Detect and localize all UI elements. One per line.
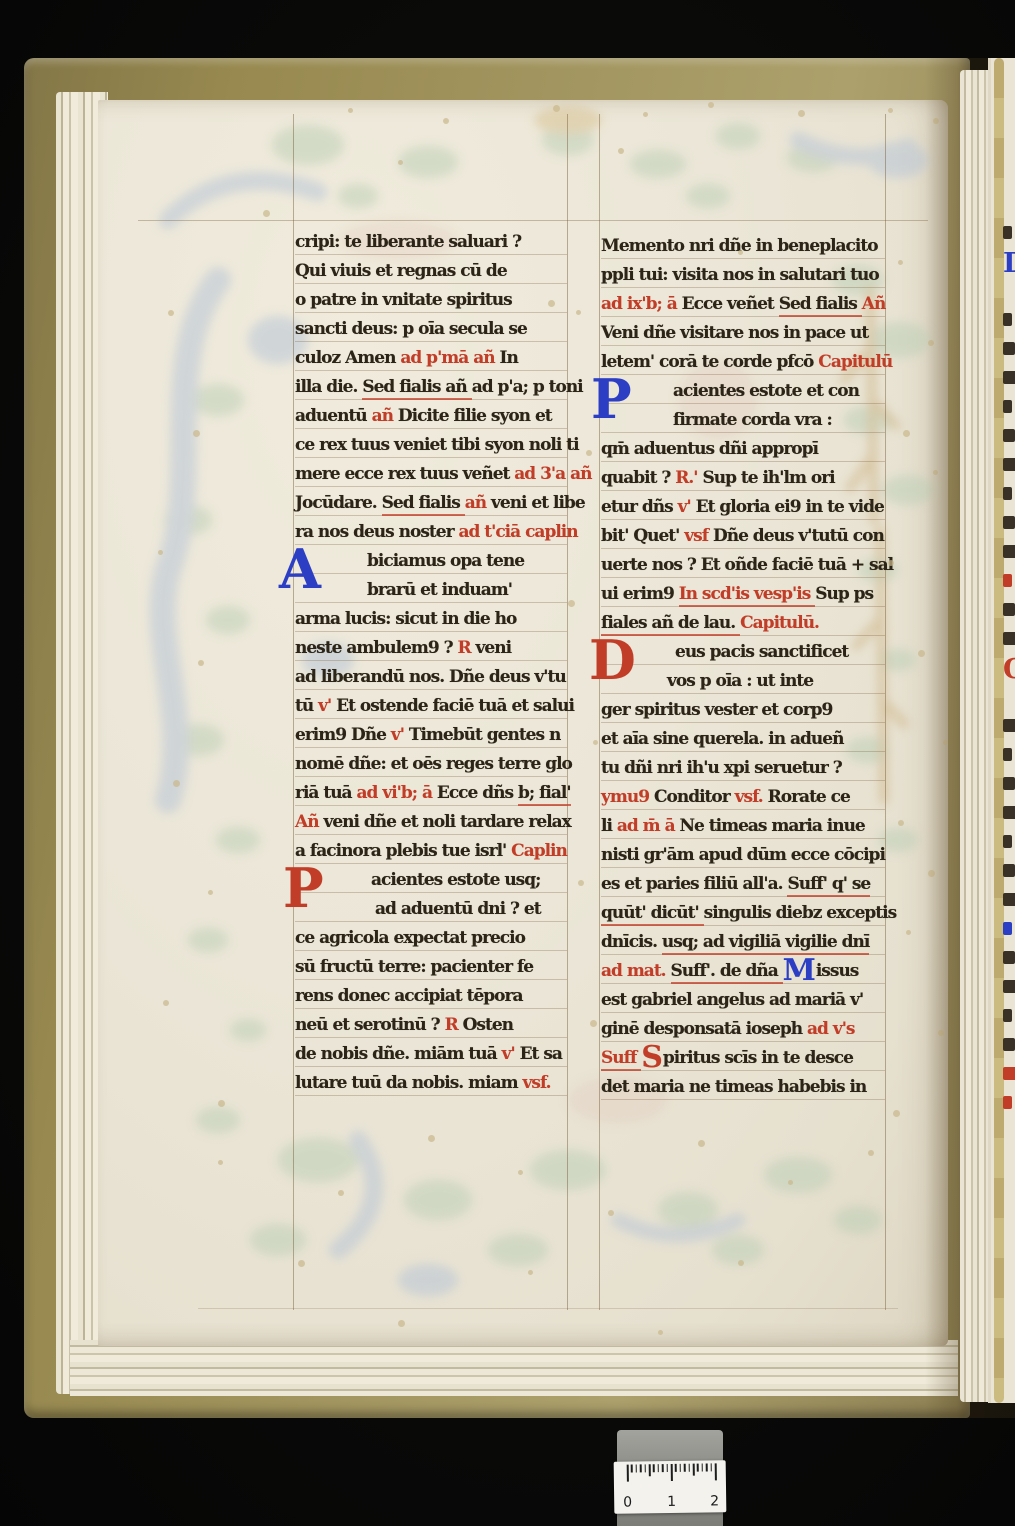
text-run: veni et libe (491, 493, 585, 513)
stain-dot (348, 108, 353, 113)
text-run: vos p oīa : ut inte (667, 671, 813, 691)
ruler-label-0: 0 (623, 1495, 632, 1511)
text-run: añ (372, 406, 398, 426)
text-run: ger spiritus vester et corp9 (601, 700, 832, 720)
text-run: Sed fialis (779, 294, 862, 317)
text-run: et aīa sine querela. in adueñ (601, 729, 843, 749)
ruler-tick (715, 1463, 717, 1480)
text-run: letem' corā te corde pfcō (601, 352, 818, 372)
text-run: veni (476, 638, 512, 658)
stain-dot (738, 250, 743, 255)
stain-dot (528, 1270, 533, 1275)
text-run: sū fructū terre: pacienter fe (295, 957, 533, 977)
text-run: neū et serotinū ? (295, 1015, 445, 1035)
text-run: ad ix'b; ā (601, 294, 682, 314)
text-run: Capitulū (818, 352, 892, 372)
sliver-text-fragment (1003, 628, 1015, 652)
text-run: ad m̄ ā (617, 816, 680, 836)
text-line: fiales añ de lau. Capitulū. (601, 608, 885, 637)
sliver-text-fragment (1003, 222, 1015, 246)
inline-initial: S (641, 1040, 663, 1075)
text-run: nisti gr'ām apud dūm ecce cōcipi (601, 845, 885, 865)
ruler-tick (701, 1464, 703, 1472)
text-line: letem' corā te corde pfcō Capitulū (601, 347, 885, 376)
sliver-text-fragment (1003, 599, 1015, 623)
frame-rule-left-column-left (293, 114, 294, 1310)
text-run: v' (318, 696, 336, 716)
text-line: es et paries filiū all'a. Suff' q' se (601, 869, 885, 898)
text-line: tu dñi nri ih'u xpi seruetur ? (601, 753, 885, 782)
text-run: li (601, 816, 617, 836)
sliver-text-fragment (1003, 715, 1015, 739)
text-line: Deus pacis sanctificet (601, 637, 885, 666)
stain-dot (893, 1110, 900, 1117)
stain-dot (576, 310, 581, 315)
text-line: uerte nos ? Et oñde faciē tuā + sal (601, 550, 885, 579)
text-run: a facinora plebis tue isrl' (295, 841, 511, 861)
text-line: a facinora plebis tue isrl' Caplin (295, 836, 567, 865)
sliver-text-fragment (1003, 1005, 1015, 1029)
text-line: ad liberandū nos. Dñe deus v'tu (295, 662, 567, 691)
text-run: Dñe deus v'tutū con (713, 526, 884, 546)
sliver-text-fragment (1003, 744, 1015, 768)
stain-dot (443, 118, 449, 124)
stain-dot (398, 160, 403, 165)
text-line: li ad m̄ ā Ne timeas maria inue (601, 811, 885, 840)
stain-dot (898, 260, 903, 265)
stain-dot (906, 930, 911, 935)
stain-dot (168, 310, 174, 316)
ruler-tick (653, 1464, 655, 1472)
text-line: dnīcis. usq; ad vigiliā vigilie dnī (601, 927, 885, 956)
text-line: qm̄ aduentus dñi appropī (601, 434, 885, 463)
sliver-text-fragment (1003, 309, 1015, 333)
text-run: lutare tuū da nobis. miam (295, 1073, 523, 1093)
ruler-tick (675, 1464, 677, 1472)
text-run: quabit ? (601, 468, 675, 488)
text-run: eus pacis sanctificet (675, 642, 848, 662)
sliver-text-fragment (1003, 396, 1015, 420)
text-run: Ecce dñs (437, 783, 518, 803)
stain-dot (643, 112, 648, 117)
text-run: riā tuā (295, 783, 357, 803)
text-line: illa die. Sed fialis añ ad p'a; p toni (295, 372, 567, 401)
text-line: cripi: te liberante saluari ? (295, 227, 567, 256)
text-run: uerte nos ? Et oñde faciē tuā + sal (601, 555, 893, 575)
ruler-tick (697, 1464, 699, 1472)
text-line: Añ veni dñe et noli tardare relax (295, 807, 567, 836)
sliver-text-fragment (1003, 976, 1015, 1000)
stain-dot (608, 1210, 614, 1216)
text-line: Pacientes estote et con (601, 376, 885, 405)
text-line: det maria ne timeas habebis in (601, 1072, 885, 1101)
text-run: v' (391, 725, 409, 745)
text-line: nisti gr'ām apud dūm ecce cōcipi (601, 840, 885, 869)
stain-dot (593, 740, 598, 745)
ruler-tick (666, 1464, 668, 1472)
text-run: ad p'mā añ (400, 348, 499, 368)
sliver-text-fragment (1003, 773, 1015, 797)
text-run: est gabriel angelus ad mariā v' (601, 990, 863, 1010)
text-run: Capitulū. (740, 613, 819, 633)
text-line: Pacientes estote usq; (295, 865, 567, 894)
stain-dot (888, 560, 894, 566)
text-run: ad 3'a añ (514, 464, 591, 484)
text-run: tū (295, 696, 318, 716)
text-line: vos p oīa : ut inte (601, 666, 885, 695)
text-line: firmate corda vra : (601, 405, 885, 434)
text-line: ymu9 Conditor vsf. Rorate ce (601, 782, 885, 811)
stain-dot (218, 1160, 223, 1165)
stain-dot (868, 1150, 874, 1156)
ruler-tick (635, 1464, 637, 1472)
frame-rule-right-column-left (599, 114, 600, 1310)
text-run: qm̄ aduentus dñi appropī (601, 439, 818, 459)
text-run: Suff' q' se (787, 874, 870, 897)
stain-dot (398, 1320, 405, 1327)
text-line: ce agricola expectat precio (295, 923, 567, 952)
stain-dot (298, 1260, 305, 1267)
stain-dot (738, 1260, 744, 1266)
text-run: añ (465, 493, 491, 513)
sliver-text-fragment: D (1003, 251, 1015, 275)
stain-dot (658, 1330, 663, 1335)
stain-dot (193, 430, 200, 437)
text-run: Añ (295, 812, 323, 832)
text-run: Timebūt gentes n (409, 725, 561, 745)
sliver-text-fragment (1003, 570, 1015, 594)
text-line: arma lucis: sicut in die ho (295, 604, 567, 633)
stain-dot (618, 148, 624, 154)
text-column-left: cripi: te liberante saluari ?Qui viuis e… (295, 227, 567, 1099)
next-page-sliver: DO (988, 58, 1015, 1403)
text-run: Ecce veñet (682, 294, 779, 314)
text-run: Osten (463, 1015, 513, 1035)
sliver-text-fragment (1003, 338, 1015, 362)
stain-dot (218, 1100, 225, 1107)
text-line: mere ecce rex tuus veñet ad 3'a añ (295, 459, 567, 488)
text-line: Memento nri dñe in beneplacito (601, 231, 885, 260)
text-line: culoz Amen ad p'mā añ In (295, 343, 567, 372)
text-run: Sup te ih'lm ori (702, 468, 834, 488)
text-line: erim9 Dñe v' Timebūt gentes n (295, 720, 567, 749)
text-run: Sed fialis (382, 493, 465, 516)
text-run: b; fial' (518, 783, 571, 806)
text-run: Conditor (654, 787, 735, 807)
text-run: ymu9 (601, 787, 654, 807)
text-run: Caplin (511, 841, 567, 861)
text-run: Jocūdare. (295, 493, 382, 513)
text-line: nomē dñe: et oēs reges terre glo (295, 749, 567, 778)
stain-dot (898, 820, 904, 826)
text-run: Et ostende faciē tuā et salui (336, 696, 574, 716)
text-run: piritus scīs in te desce (663, 1048, 853, 1068)
manuscript-page-verso: cripi: te liberante saluari ?Qui viuis e… (98, 100, 948, 1346)
text-run: sancti deus: p oīa secula se (295, 319, 527, 339)
ruler-tick (627, 1465, 629, 1482)
ruler-tick (662, 1464, 664, 1472)
stain-dot (888, 108, 893, 113)
text-run: ce agricola expectat precio (295, 928, 525, 948)
inline-initial: M (783, 953, 816, 988)
text-run: ad p'a; p toni (472, 377, 583, 397)
stain-dot (518, 1170, 523, 1175)
sliver-text-fragment (1003, 1034, 1015, 1058)
stain-dot (708, 102, 714, 108)
text-line: rens donec accipiat tēpora (295, 981, 567, 1010)
text-run: veni dñe et noli tardare relax (323, 812, 570, 832)
text-line: bit' Quet' vsf Dñe deus v'tutū con (601, 521, 885, 550)
text-run: arma lucis: sicut in die ho (295, 609, 516, 629)
stain-dot (798, 110, 805, 117)
sliver-text-fragment (1003, 947, 1015, 971)
sliver-text-fragment (1003, 367, 1015, 391)
text-run: vsf. (735, 787, 768, 807)
text-line: etur dñs v' Et gloria ei9 in te vide (601, 492, 885, 521)
text-run: In scd'is vesp'is (679, 584, 816, 607)
ruler-tick (644, 1464, 646, 1472)
text-run: de nobis dñe. miām tuā (295, 1044, 502, 1064)
text-run: tu dñi nri ih'u xpi seruetur ? (601, 758, 842, 778)
text-line: Jocūdare. Sed fialis añ veni et libe (295, 488, 567, 517)
text-run: brarū et induam' (367, 580, 512, 600)
text-line: aduentū añ Dicite filie syon et (295, 401, 567, 430)
sliver-text-fragment (1003, 686, 1015, 710)
next-pages-edge (960, 70, 990, 1402)
text-run: etur dñs (601, 497, 678, 517)
text-line: Suff Spiritus scīs in te desce (601, 1043, 885, 1072)
text-line: lutare tuū da nobis. miam vsf. (295, 1068, 567, 1097)
text-run: vsf. (523, 1073, 551, 1093)
text-line: neū et serotinū ? R Osten (295, 1010, 567, 1039)
text-line: Veni dñe visitare nos in pace ut (601, 318, 885, 347)
text-run: In (500, 348, 518, 368)
stain-dot (548, 300, 555, 307)
sliver-text-fragment (1003, 1092, 1015, 1116)
text-run: ad aduentū dni ? et (375, 899, 541, 919)
text-line: Qui viuis et regnas cū de (295, 256, 567, 285)
text-run: ad mat. (601, 961, 671, 981)
text-line: ger spiritus vester et corp9 (601, 695, 885, 724)
stain-dot (198, 660, 204, 666)
stain-dot (918, 650, 925, 657)
text-run: singulis diebz exceptis (704, 903, 897, 923)
scale-ruler: 0 1 2 (614, 1460, 727, 1514)
sliver-text-fragment (1003, 1063, 1015, 1087)
text-run: Et sa (520, 1044, 562, 1064)
ruler-tick (640, 1464, 642, 1472)
text-line: est gabriel angelus ad mariā v' (601, 985, 885, 1014)
ruler-tick (657, 1464, 659, 1472)
text-line: quūt' dicūt' singulis diebz exceptis (601, 898, 885, 927)
text-line: riā tuā ad vi'b; ā Ecce dñs b; fial' (295, 778, 567, 807)
text-run: v' (502, 1044, 520, 1064)
text-run: ppli tui: visita nos in salutari tuo (601, 265, 879, 285)
sliver-text-fragment (1003, 454, 1015, 478)
stain-dot (208, 890, 213, 895)
text-run: illa die. (295, 377, 362, 397)
ruler-tick (679, 1464, 681, 1472)
text-line: ad ix'b; ā Ecce veñet Sed fialis Añ (601, 289, 885, 318)
text-line: sū fructū terre: pacienter fe (295, 952, 567, 981)
text-run: o patre in vnitate spiritus (295, 290, 512, 310)
text-run: cripi: te liberante saluari ? (295, 232, 521, 252)
manuscript-photo: cripi: te liberante saluari ?Qui viuis e… (0, 0, 1015, 1526)
sliver-text-fragment (1003, 860, 1015, 884)
ruler-label-1: 1 (667, 1494, 676, 1510)
text-run: Qui viuis et regnas cū de (295, 261, 507, 281)
sliver-text-fragment (1003, 541, 1015, 565)
text-run: ad v's (807, 1019, 854, 1039)
text-run: R (445, 1015, 463, 1035)
sliver-text-fragment (1003, 918, 1015, 942)
sliver-text-fragment (1003, 280, 1015, 304)
text-column-right: Memento nri dñe in beneplacitoppli tui: … (601, 231, 885, 1103)
stain-dot (553, 105, 560, 112)
text-run: biciamus opa tene (367, 551, 524, 571)
ruler-tick (684, 1464, 686, 1472)
text-line: brarū et induam' (295, 575, 567, 604)
text-run: ginē desponsatā ioseph (601, 1019, 807, 1039)
text-run: acientes estote usq; (371, 870, 540, 890)
text-run: Ne timeas maria inue (680, 816, 865, 836)
frame-rule-bottom (198, 1308, 898, 1309)
text-line: ui erim9 In scd'is vesp'is Sup ps (601, 579, 885, 608)
frame-rule-top (138, 220, 928, 221)
text-run: es et paries filiū all'a. (601, 874, 787, 894)
sliver-text-fragment (1003, 802, 1015, 826)
sliver-text-fragment (1003, 425, 1015, 449)
sliver-text-fragment (1003, 512, 1015, 536)
text-run: rens donec accipiat tēpora (295, 986, 522, 1006)
text-run: Sup ps (815, 584, 873, 604)
text-run: mere ecce rex tuus veñet (295, 464, 514, 484)
text-run: ui erim9 (601, 584, 679, 604)
text-run: Et gloria ei9 in te vide (696, 497, 884, 517)
text-run: Sed fialis añ (362, 377, 471, 400)
ruler-tick (631, 1465, 633, 1473)
text-run: firmate corda vra : (673, 410, 832, 430)
text-run: culoz Amen (295, 348, 400, 368)
text-run: vsf (684, 526, 713, 546)
text-run: R.' (675, 468, 702, 488)
text-run: Suff'. de dña (671, 961, 783, 984)
text-line: Abiciamus opa tene (295, 546, 567, 575)
text-line: sancti deus: p oīa secula se (295, 314, 567, 343)
text-line: ad mat. Suff'. de dña Missus (601, 956, 885, 985)
ruler-tick (688, 1464, 690, 1472)
text-run: ad liberandū nos. Dñe deus v'tu (295, 667, 566, 687)
text-run: Dicite filie syon et (398, 406, 552, 426)
text-run: ad t'ciā caplin (458, 522, 577, 542)
text-line: tū v' Et ostende faciē tuā et salui (295, 691, 567, 720)
stain-dot (698, 1140, 705, 1147)
sliver-text-fragment: O (1003, 657, 1015, 681)
stain-dot (263, 210, 270, 217)
text-run: erim9 Dñe (295, 725, 391, 745)
text-run: quūt' dicūt' (601, 903, 704, 926)
text-run: issus (816, 961, 859, 981)
stain-dot (163, 1000, 169, 1006)
text-run: R (457, 638, 475, 658)
text-line: ppli tui: visita nos in salutari tuo (601, 260, 885, 289)
text-run: ad vi'b; ā (357, 783, 437, 803)
stain-dot (568, 600, 575, 607)
sliver-text-fragment (1003, 483, 1015, 507)
text-run: bit' Quet' (601, 526, 684, 546)
sliver-text-fragment (1003, 831, 1015, 855)
text-run: acientes estote et con (673, 381, 859, 401)
page-stack-bottom-edge (70, 1340, 958, 1396)
text-run: Veni dñe visitare nos in pace ut (601, 323, 868, 343)
text-run: Añ (862, 294, 886, 314)
ruler-tick (671, 1464, 673, 1481)
stain-dot (903, 430, 910, 437)
stain-dot (173, 780, 180, 787)
ruler-tick (693, 1464, 695, 1476)
ruler-tick (710, 1463, 712, 1471)
text-run: Rorate ce (768, 787, 850, 807)
text-run: aduentū (295, 406, 372, 426)
text-run: neste ambulem9 ? (295, 638, 457, 658)
text-line: quabit ? R.' Sup te ih'lm ori (601, 463, 885, 492)
text-run: nomē dñe: et oēs reges terre glo (295, 754, 572, 774)
stain-dot (590, 1020, 597, 1027)
text-run: dnīcis. (601, 932, 662, 952)
text-line: o patre in vnitate spiritus (295, 285, 567, 314)
text-line: ra nos deus noster ad t'ciā caplin (295, 517, 567, 546)
stain-dot (158, 550, 163, 555)
text-run: usq; ad vigiliā vigilie dnī (662, 932, 869, 955)
ruler-tick (706, 1463, 708, 1471)
text-line: neste ambulem9 ? R veni (295, 633, 567, 662)
ruler-label-2: 2 (710, 1493, 719, 1509)
stain-dot (788, 1180, 793, 1185)
text-line: ginē desponsatā ioseph ad v's (601, 1014, 885, 1043)
text-line: de nobis dñe. miām tuā v' Et sa (295, 1039, 567, 1068)
stain-dot (586, 450, 592, 456)
text-run: ce rex tuus veniet tibi syon noli ti (295, 435, 579, 455)
text-line: ce rex tuus veniet tibi syon noli ti (295, 430, 567, 459)
text-run: det maria ne timeas habebis in (601, 1077, 866, 1097)
stain-dot (338, 1190, 344, 1196)
ruler-tick (649, 1464, 651, 1476)
stain-dot (428, 1135, 435, 1142)
sliver-text-fragment (1003, 889, 1015, 913)
text-run: Suff (601, 1048, 641, 1071)
text-run: v' (678, 497, 696, 517)
text-line: ad aduentū dni ? et (295, 894, 567, 923)
stain-dot (578, 880, 584, 886)
text-line: et aīa sine querela. in adueñ (601, 724, 885, 753)
